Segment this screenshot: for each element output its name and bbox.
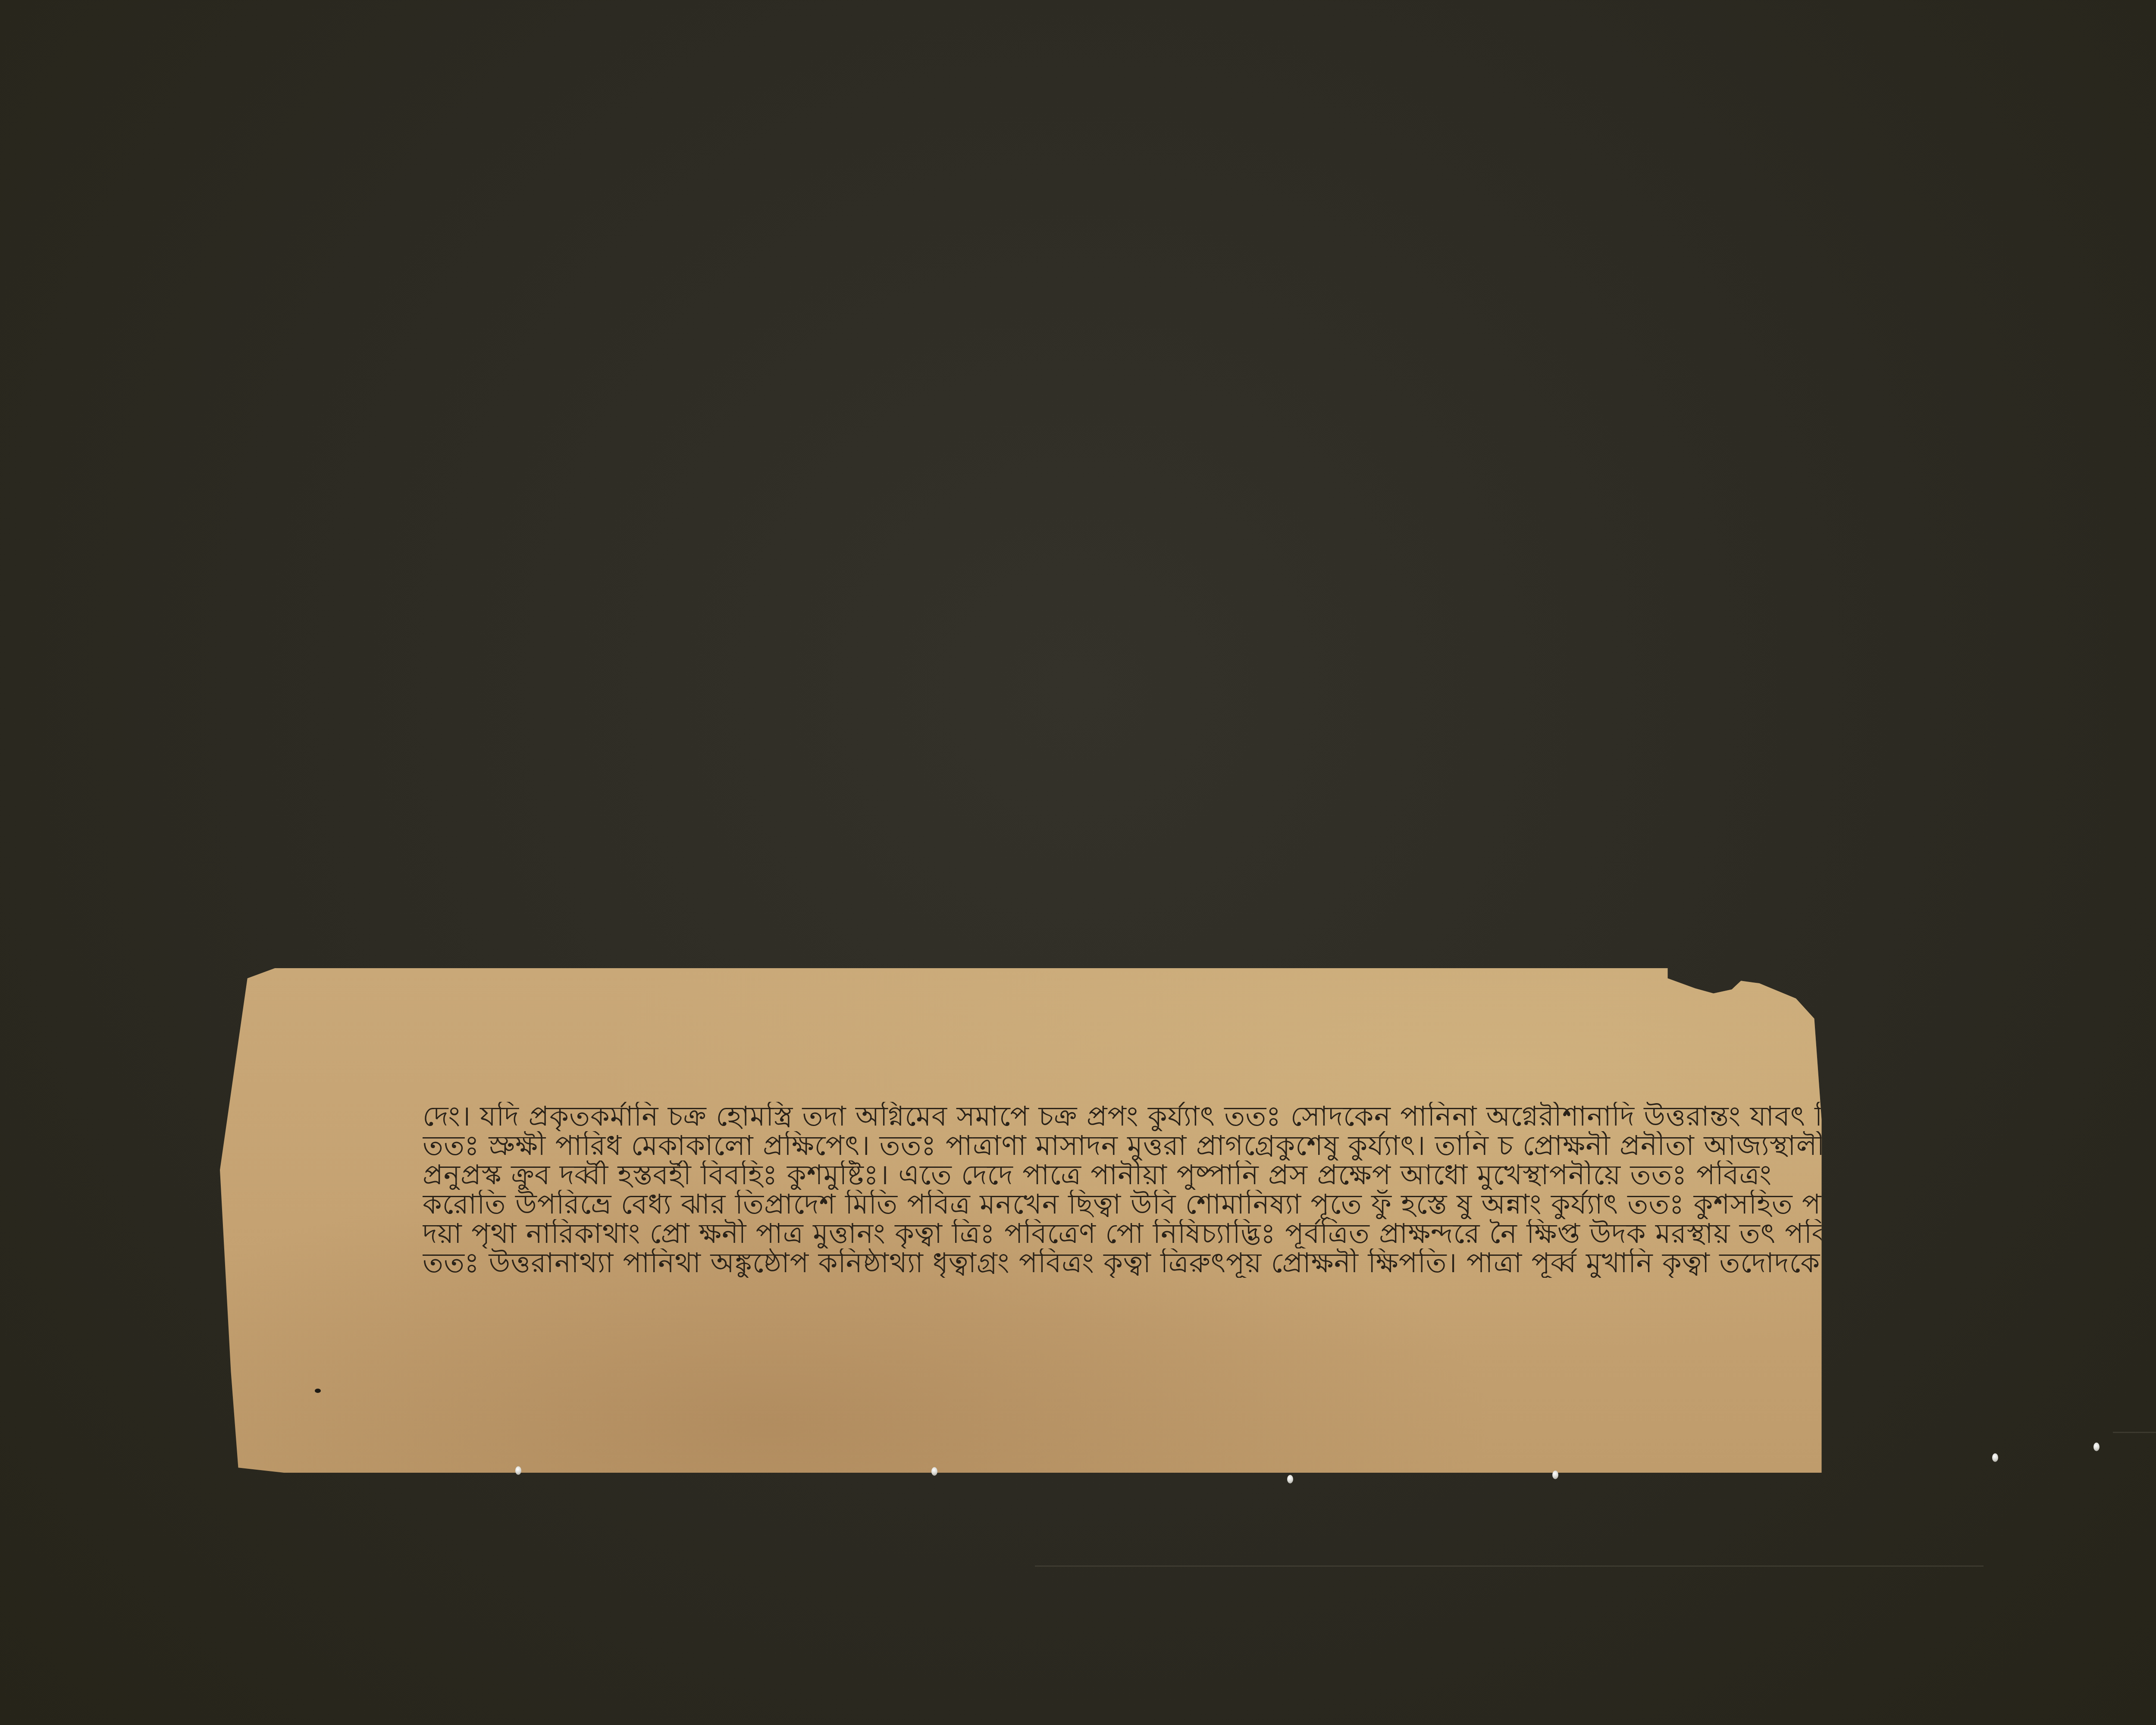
binding-hole: [315, 1389, 321, 1393]
pin-icon: [931, 1467, 937, 1476]
manuscript-line: দেং। যদি প্রকৃতকর্মানি চক্র হোমস্ত্রি তদ…: [423, 1102, 1846, 1131]
backdrop-fold-line: [1035, 1565, 1984, 1567]
manuscript-text: দেং। যদি প্রকৃতকর্মানি চক্র হোমস্ত্রি তদ…: [423, 1102, 1846, 1278]
manuscript-line: ততঃ উত্তরানাথ্যা পানিথা অঙ্কুষ্ঠোপ কনিষ্…: [423, 1248, 1846, 1278]
pin-icon: [1992, 1453, 1998, 1462]
water-stain: [1824, 1408, 1848, 1430]
folio-number: ৪: [1841, 1210, 1858, 1253]
manuscript-line: প্রনুপ্রস্ক ক্রুব দর্ব্বী হস্তবর্হী বিবহ…: [423, 1160, 1846, 1190]
pin-icon: [515, 1466, 521, 1475]
manuscript-line: দয়া পৃথা নারিকাথাং প্রো ক্ষনী পাত্র মুত…: [423, 1219, 1846, 1248]
pin-icon: [1552, 1471, 1558, 1479]
backdrop-fold-line: [2113, 1432, 2156, 1433]
pin-icon: [1287, 1475, 1293, 1483]
pin-icon: [2093, 1443, 2100, 1451]
manuscript-folio: দেং। যদি প্রকৃতকর্মানি চক্র হোমস্ত্রি তদ…: [220, 968, 2053, 1473]
manuscript-line: ততঃ স্রুক্ষী পারিধ মেকাকালো প্রক্ষিপেৎ। …: [423, 1131, 1846, 1160]
manuscript-line: করোতি উপরিভ্রে বেধ্য ঝার তিপ্রাদেশ মিতি …: [423, 1190, 1846, 1219]
